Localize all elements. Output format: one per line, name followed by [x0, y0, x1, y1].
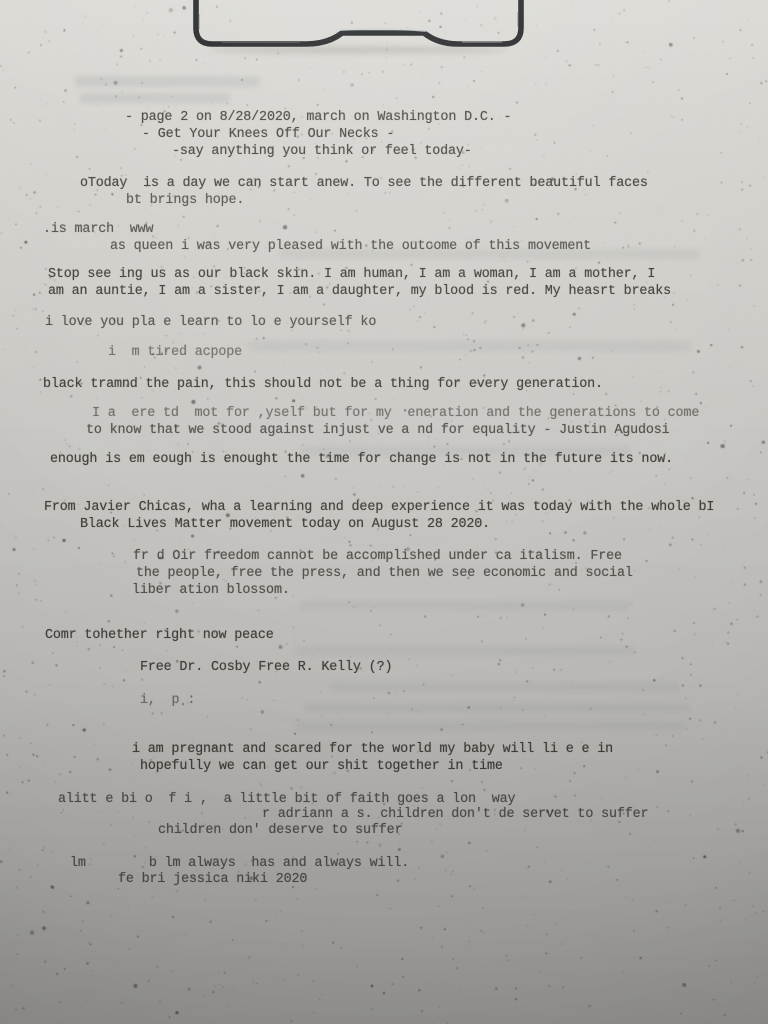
- doc-line: r adriann a s. children don't de servet …: [262, 807, 648, 823]
- doc-line: the people, free the press, and then we …: [136, 566, 633, 582]
- typewritten-text: - page 2 on 8/28/2020, march on Washingt…: [0, 0, 768, 1024]
- doc-line: i, p :: [140, 693, 195, 709]
- doc-line: am an auntie, I am a sister, I am a daug…: [48, 284, 671, 300]
- doc-line: enough is em eough is enought the time f…: [50, 452, 673, 468]
- doc-line: fr d Oir freedom cannot be accomplished …: [133, 549, 622, 565]
- doc-line-subtitle: - Get Your Knees Off Our Necks -: [142, 127, 394, 143]
- doc-line: hopefully we can get our shit together i…: [140, 759, 503, 775]
- doc-line: liber ation blossom.: [132, 583, 290, 599]
- doc-line: i love you pla e learn to lo e yourself …: [45, 315, 376, 331]
- doc-line: I a ere td mot for ,yself but for my ene…: [92, 406, 699, 422]
- doc-line: Stop see ing us as our black skin. I am …: [48, 267, 655, 283]
- doc-line: Comr tohether right now peace: [45, 628, 274, 644]
- doc-line: children don' deserve to suffer: [158, 823, 402, 839]
- doc-line: to know that we stood against injust ve …: [86, 423, 670, 439]
- photographed-typewritten-page: - page 2 on 8/28/2020, march on Washingt…: [0, 0, 768, 1024]
- doc-line: lm b lm always has and always will.: [70, 856, 409, 872]
- doc-line: i am pregnant and scared for the world m…: [132, 742, 613, 758]
- doc-line: .is march www: [43, 222, 153, 238]
- doc-line: as queen i was very pleased with the out…: [110, 239, 591, 255]
- doc-line: Free Dr. Cosby Free R. Kelly (?): [140, 660, 392, 676]
- doc-line: oToday is a day we can start anew. To se…: [80, 176, 648, 192]
- doc-line-title: - page 2 on 8/28/2020, march on Washingt…: [125, 110, 511, 126]
- doc-line-signature: fe bri jessica niki 2020: [118, 872, 307, 888]
- doc-line: i m tired acpope: [108, 345, 242, 361]
- doc-line: bt brings hope.: [126, 193, 244, 209]
- doc-line: From Javier Chicas, wha a learning and d…: [44, 500, 714, 516]
- doc-line: Black Lives Matter movement today on Aug…: [80, 517, 490, 533]
- doc-line: alitt e bi o f i , a little bit of faith…: [58, 792, 515, 808]
- doc-line-prompt: -say anything you think or feel today-: [172, 144, 472, 160]
- doc-line: black tramnd the pain, this should not b…: [43, 377, 603, 393]
